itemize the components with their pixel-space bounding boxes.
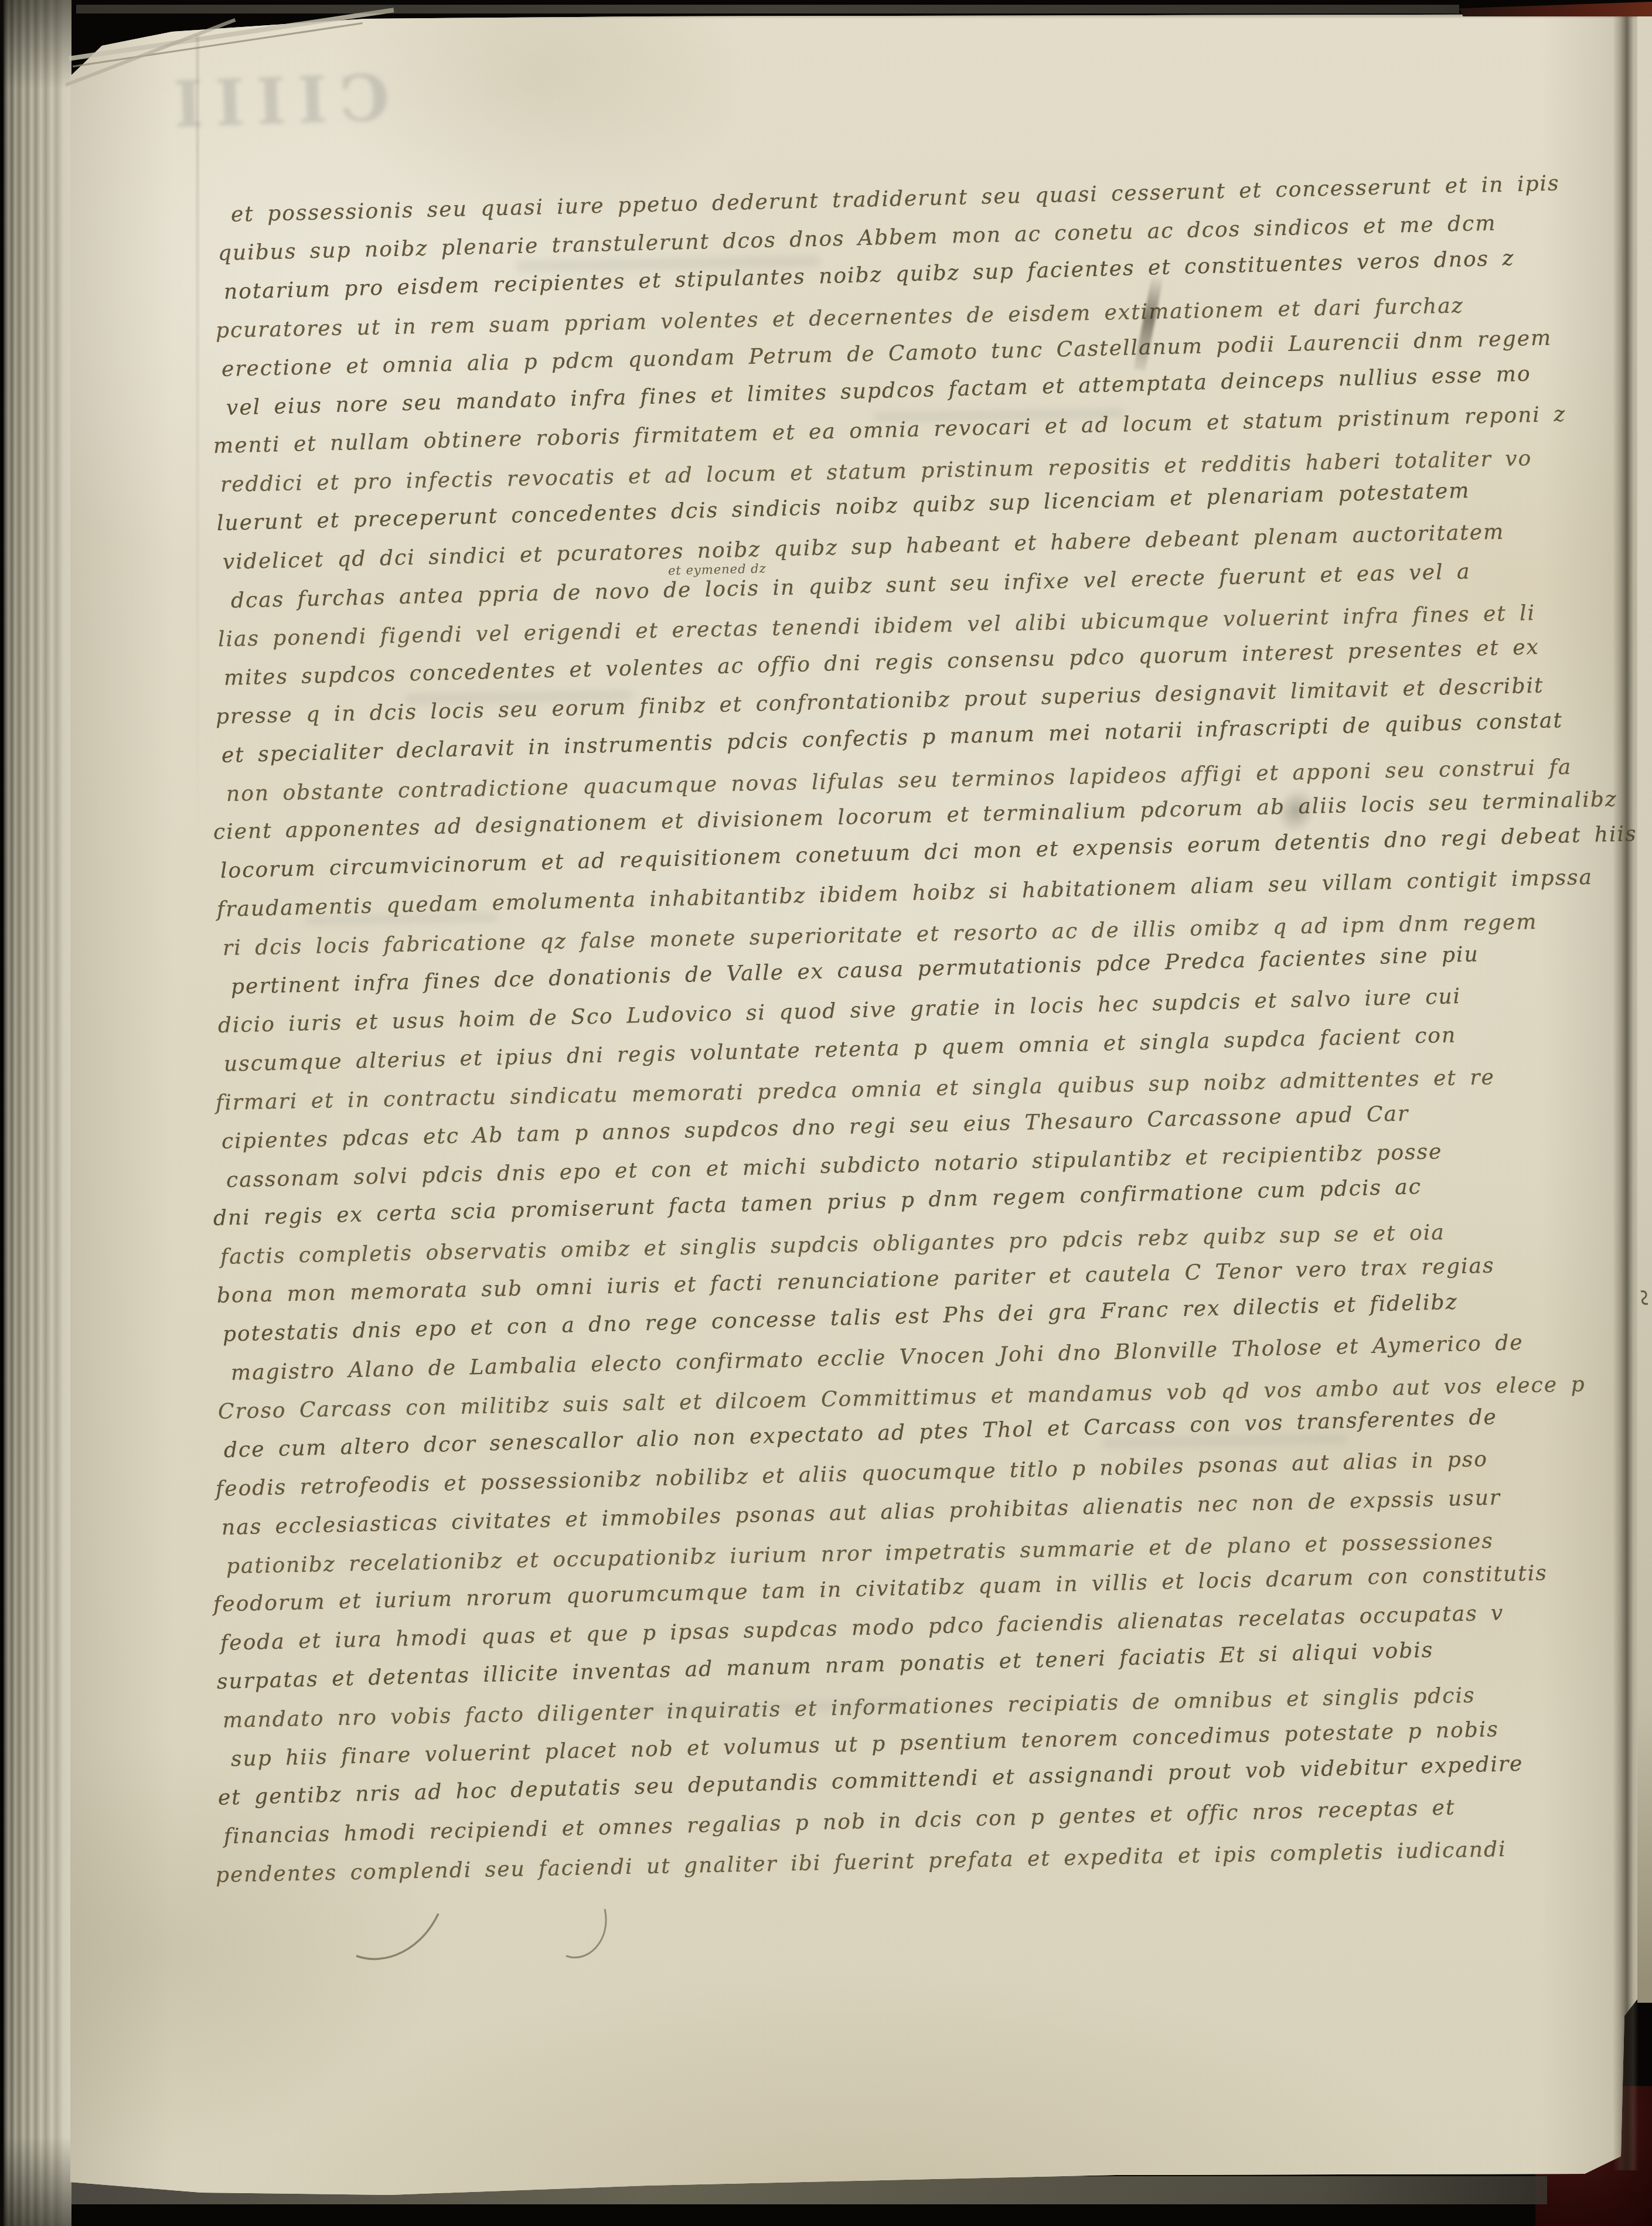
interlinear-insertion: et eymened dz (668, 561, 767, 578)
adjacent-page-ink-mark (1639, 1289, 1650, 1307)
manuscript-photograph: CIIII pendentes complendi seu faciendi u… (0, 0, 1652, 2226)
descender-flourish (558, 1905, 616, 1976)
descender-flourish (350, 1909, 444, 1979)
manuscript-line-44: pendentes complendi seu faciendi ut gnal… (216, 1837, 1507, 1887)
text-layer: pendentes complendi seu faciendi ut gnal… (0, 0, 1652, 2226)
